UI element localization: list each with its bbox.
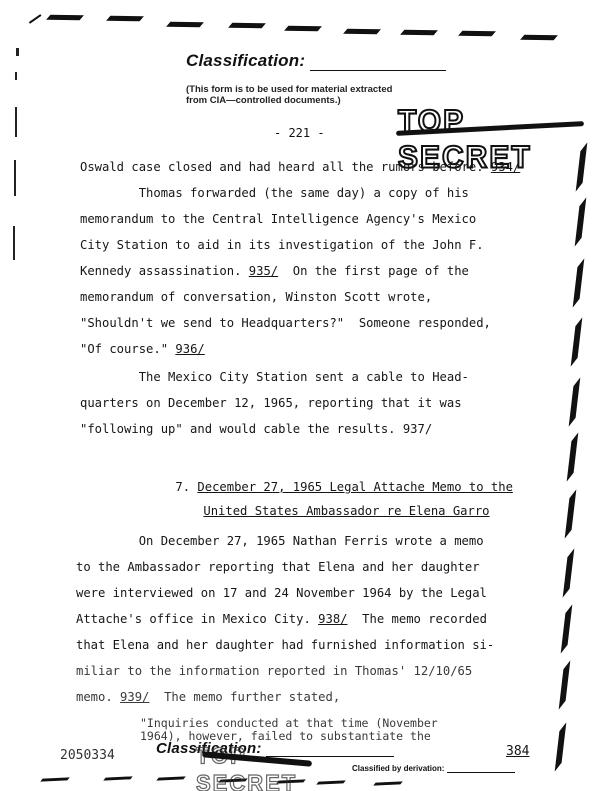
body-line: quarters on December 12, 1965, reporting… xyxy=(80,396,462,410)
body-line: memorandum of conversation, Winston Scot… xyxy=(80,290,432,304)
body-line: "Of course." 936/ xyxy=(80,342,205,356)
border-bar xyxy=(571,317,583,366)
top-secret-stamp-top: TOP SECRET xyxy=(396,104,586,148)
body-line: to the Ambassador reporting that Elena a… xyxy=(76,560,480,574)
section-heading-cont: United States Ambassador re Elena Garro xyxy=(174,490,490,532)
border-dash xyxy=(103,776,132,780)
body-line: Attache's office in Mexico City. 938/ Th… xyxy=(76,612,487,626)
footnote-ref-939: 939/ xyxy=(120,690,149,704)
body-line: memorandum to the Central Intelligence A… xyxy=(80,212,476,226)
border-bar xyxy=(575,197,587,246)
border-dash xyxy=(228,23,266,29)
border-mark xyxy=(15,107,17,137)
border-mark xyxy=(13,226,15,260)
footnote-ref-934: 934/ xyxy=(491,160,520,174)
derivation-field: Classified by derivation: xyxy=(352,764,515,773)
quote-line: "Inquiries conducted at that time (Novem… xyxy=(140,716,438,730)
border-dash xyxy=(520,35,558,41)
derivation-blank xyxy=(447,764,515,773)
border-dash xyxy=(46,15,84,21)
border-bar xyxy=(573,258,585,307)
body-line: Oswald case closed and had heard all the… xyxy=(80,160,520,174)
section-title-line-2: United States Ambassador re Elena Garro xyxy=(203,504,489,518)
border-dash xyxy=(40,777,69,781)
border-bar xyxy=(563,548,575,597)
border-bar xyxy=(567,432,579,481)
document-id: 2050334 xyxy=(60,748,115,763)
document-body: Oswald case closed and had heard all the… xyxy=(80,160,550,720)
body-line: "Shouldn't we send to Headquarters?" Som… xyxy=(80,316,491,330)
body-line: "following up" and would cable the resul… xyxy=(80,422,432,436)
top-secret-stamp-bottom: TOP SECRET xyxy=(196,744,304,784)
border-dash xyxy=(343,29,381,35)
page-code: 384 xyxy=(506,744,529,759)
border-dash xyxy=(373,781,402,785)
classification-blank xyxy=(310,54,446,71)
border-bar xyxy=(555,722,567,771)
border-mark xyxy=(16,48,19,56)
classification-label: Classification: xyxy=(186,51,305,70)
body-line: were interviewed on 17 and 24 November 1… xyxy=(76,586,487,600)
classification-header: Classification: xyxy=(186,51,446,71)
form-note: (This form is to be used for material ex… xyxy=(186,84,486,106)
border-dash xyxy=(166,22,204,28)
footnote-ref-938: 938/ xyxy=(318,612,347,626)
border-dash xyxy=(458,31,496,37)
stamp-text: TOP SECRET xyxy=(196,743,304,791)
body-line: On December 27, 1965 Nathan Ferris wrote… xyxy=(80,534,484,548)
border-dash xyxy=(106,16,144,22)
form-note-line-1: (This form is to be used for material ex… xyxy=(186,84,486,95)
border-mark xyxy=(14,160,16,196)
border-dash xyxy=(156,776,185,780)
derivation-label: Classified by derivation: xyxy=(352,764,444,773)
border-dash xyxy=(316,780,345,784)
border-dash xyxy=(400,30,438,36)
border-bar xyxy=(559,660,571,709)
body-line: miliar to the information reported in Th… xyxy=(76,664,472,678)
border-bar xyxy=(561,604,573,653)
border-mark xyxy=(15,72,17,80)
body-line: Kennedy assassination. 935/ On the first… xyxy=(80,264,469,278)
footnote-ref-936: 936/ xyxy=(175,342,204,356)
body-line: memo. 939/ The memo further stated, xyxy=(76,690,340,704)
border-corner-mark xyxy=(29,14,41,23)
body-line: that Elena and her daughter had furnishe… xyxy=(76,638,494,652)
page-number: - 221 - xyxy=(274,126,325,140)
body-line: The Mexico City Station sent a cable to … xyxy=(80,370,469,384)
body-line: City Station to aid in its investigation… xyxy=(80,238,484,252)
footnote-ref-935: 935/ xyxy=(249,264,278,278)
body-line: Thomas forwarded (the same day) a copy o… xyxy=(80,186,469,200)
border-bar xyxy=(569,377,581,426)
border-dash xyxy=(284,26,322,32)
border-bar xyxy=(565,489,577,538)
